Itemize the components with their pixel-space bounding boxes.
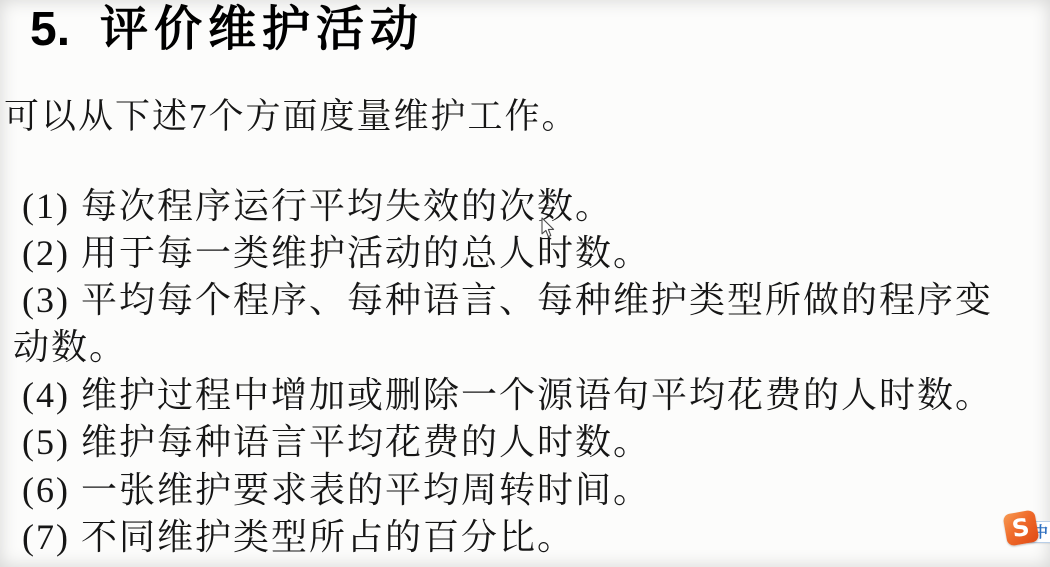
list-line-2: (2) 用于每一类维护活动的总人时数。 <box>22 231 651 275</box>
list-line-5: (5) 维护每种语言平均花费的人时数。 <box>22 420 651 464</box>
list-line-3: (3) 平均每个程序、每种语言、每种维护类型所做的程序变 <box>22 278 993 322</box>
list-line-3-wrap: 动数。 <box>13 325 127 369</box>
page-title: 5. 评价维护活动 <box>30 2 424 58</box>
title-number: 5. <box>30 2 70 58</box>
s-logo-icon: S <box>1002 509 1039 546</box>
list-line-4: (4) 维护过程中增加或删除一个源语句平均花费的人时数。 <box>22 373 993 417</box>
list-line-1: (1) 每次程序运行平均失效的次数。 <box>22 184 613 228</box>
title-text: 评价维护活动 <box>100 2 424 58</box>
list-line-6: (6) 一张维护要求表的平均周转时间。 <box>22 468 651 512</box>
list-line-7: (7) 不同维护类型所占的百分比。 <box>22 515 575 559</box>
s-logo-letter: S <box>1011 515 1031 541</box>
slide: 5. 评价维护活动 可以从下述7个方面度量维护工作。 (1) 每次程序运行平均失… <box>0 0 1050 567</box>
intro-text: 可以从下述7个方面度量维护工作。 <box>4 95 579 139</box>
